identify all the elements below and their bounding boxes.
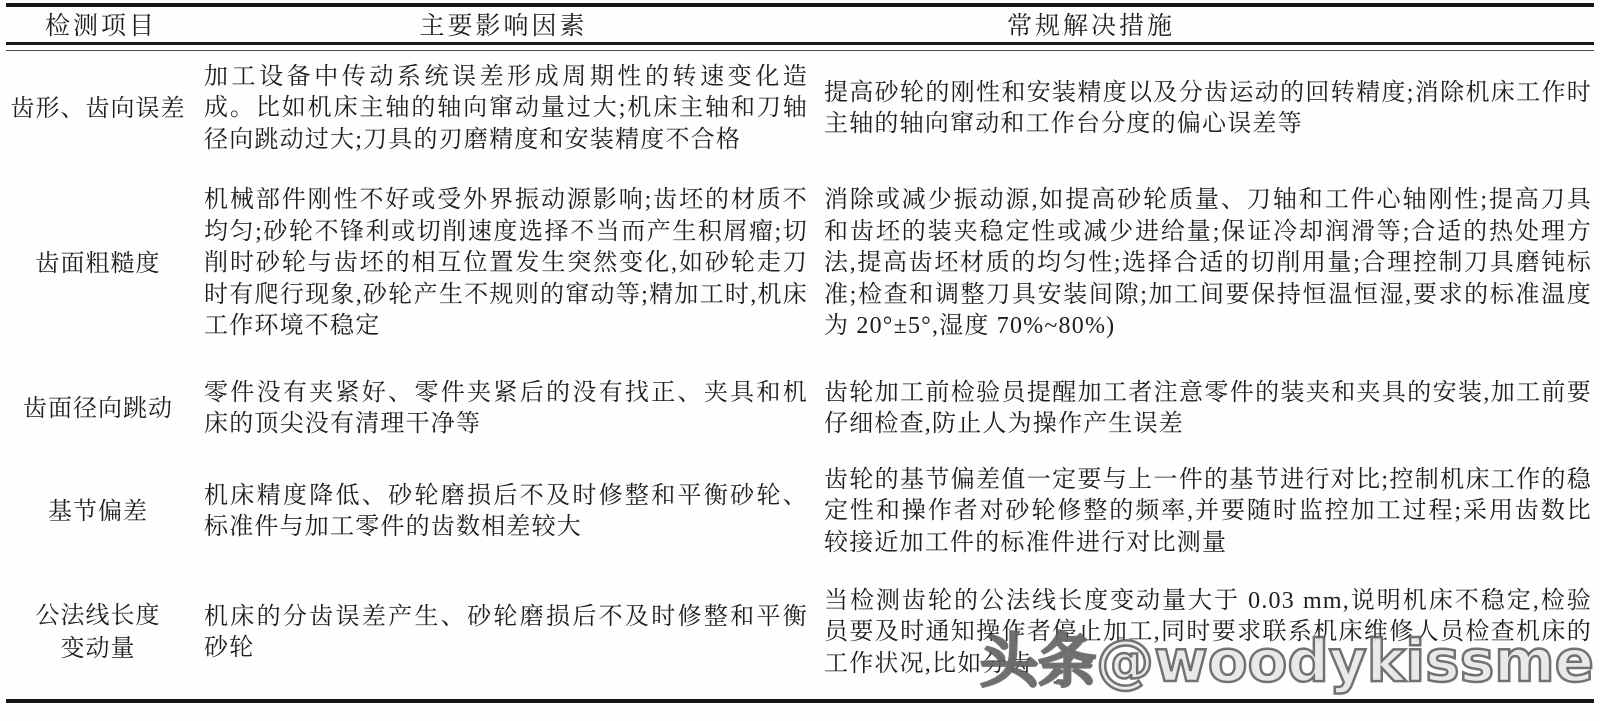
cell-factors: 机床精度降低、砂轮磨损后不及时修整和平衡砂轮、标准件与加工零件的齿数相差较大	[196, 481, 814, 544]
cell-solutions: 齿轮的基节偏差值一定要与上一件的基节进行对比;控制机床工作的稳定性和操作者对砂轮…	[814, 465, 1600, 560]
table-row: 齿形、齿向误差 加工设备中传动系统误差形成周期性的转速变化造成。比如机床主轴的轴…	[0, 52, 1600, 166]
cell-item: 齿形、齿向误差	[0, 93, 196, 126]
cell-solutions: 齿轮加工前检验员提醒加工者注意零件的装夹和夹具的安装,加工前要仔细检查,防止人为…	[814, 378, 1600, 441]
col-header-factors: 主要影响因素	[196, 6, 811, 42]
cell-factors: 零件没有夹紧好、零件夹紧后的没有找正、夹具和机床的顶尖没有清理干净等	[196, 378, 814, 441]
table-row: 齿面粗糙度 机械部件刚性不好或受外界振动源影响;齿坯的材质不均匀;砂轮不锋利或切…	[0, 166, 1600, 362]
cell-solutions: 当检测齿轮的公法线长度变动量大于 0.03 mm,说明机床不稳定,检验员要及时通…	[814, 586, 1600, 681]
table-body: 齿形、齿向误差 加工设备中传动系统误差形成周期性的转速变化造成。比如机床主轴的轴…	[0, 52, 1600, 698]
cell-factors: 机械部件刚性不好或受外界振动源影响;齿坯的材质不均匀;砂轮不锋利或切削速度选择不…	[196, 185, 814, 343]
table-row: 基节偏差 机床精度降低、砂轮磨损后不及时修整和平衡砂轮、标准件与加工零件的齿数相…	[0, 456, 1600, 568]
table-row: 齿面径向跳动 零件没有夹紧好、零件夹紧后的没有找正、夹具和机床的顶尖没有清理干净…	[0, 362, 1600, 456]
document-page: 检测项目 主要影响因素 常规解决措施 齿形、齿向误差 加工设备中传动系统误差形成…	[0, 0, 1600, 721]
table-row: 公法线长度 变动量 机床的分齿误差产生、砂轮磨损后不及时修整和平衡砂轮 当检测齿…	[0, 568, 1600, 698]
table-header-rule	[6, 42, 1594, 51]
cell-item: 齿面径向跳动	[0, 393, 196, 426]
table-header-row: 检测项目 主要影响因素 常规解决措施	[6, 6, 1594, 42]
cell-item: 齿面粗糙度	[0, 248, 196, 281]
col-header-solutions: 常规解决措施	[811, 6, 1371, 42]
cell-factors: 加工设备中传动系统误差形成周期性的转速变化造成。比如机床主轴的轴向窜动量过大;机…	[196, 62, 814, 157]
cell-solutions: 消除或减少振动源,如提高砂轮质量、刀轴和工件心轴刚性;提高刀具和齿坯的装夹稳定性…	[814, 185, 1600, 343]
cell-item: 基节偏差	[0, 496, 196, 529]
table-bottom-rule	[6, 699, 1594, 703]
col-header-item: 检测项目	[6, 6, 196, 42]
cell-solutions: 提高砂轮的刚性和安装精度以及分齿运动的回转精度;消除机床工作时主轴的轴向窜动和工…	[814, 78, 1600, 141]
cell-factors: 机床的分齿误差产生、砂轮磨损后不及时修整和平衡砂轮	[196, 602, 814, 665]
cell-item: 公法线长度 变动量	[0, 600, 196, 666]
